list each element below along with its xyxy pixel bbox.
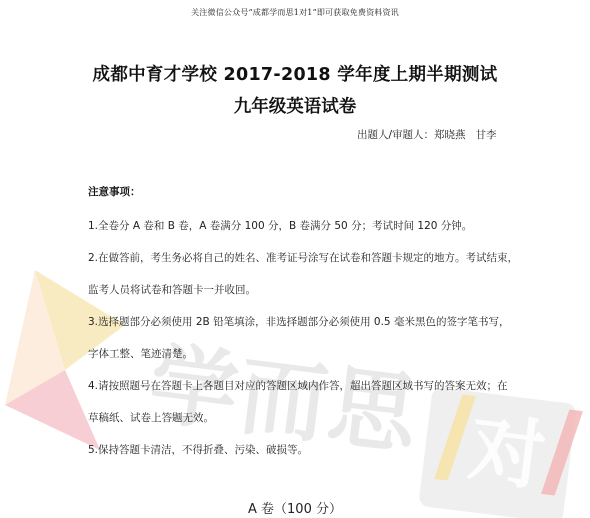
top-banner: 关注微信公众号“成都学而思1对1”即可获取免费资料资讯	[0, 7, 590, 18]
watermark-one-yellow	[434, 394, 476, 480]
authors-line: 出题人/审题人：郑晓燕 甘李	[357, 127, 497, 142]
watermark-logo-icon	[0, 270, 130, 470]
notice-line-4: 4.请按照题号在答题卡上各题目对应的答题区域内作答，超出答题区域书写的答案无效；…	[88, 378, 508, 393]
watermark-dui: 对	[464, 388, 553, 505]
notice-line-3-cont: 字体工整、笔迹清楚。	[88, 346, 193, 361]
notice-line-1: 1.全卷分 A 卷和 B 卷，A 卷满分 100 分，B 卷满分 50 分；考试…	[88, 218, 472, 233]
notice-line-2: 2.在做答前，考生务必将自己的姓名、准考证号涂写在试卷和答题卡规定的地方。考试结…	[88, 250, 518, 265]
notice-line-4-cont: 草稿纸、试卷上答题无效。	[88, 410, 214, 425]
watermark-one-red	[541, 409, 583, 495]
page-subtitle: 九年级英语试卷	[0, 93, 590, 118]
notice-line-2-cont: 监考人员将试卷和答题卡一并收回。	[88, 282, 256, 297]
notice-heading: 注意事项：	[88, 184, 141, 199]
document-page: 学而思 对 关注微信公众号“成都学而思1对1”即可获取免费资料资讯 成都中育才学…	[0, 0, 590, 518]
section-a-heading: A 卷（100 分）	[0, 498, 590, 517]
notice-line-3: 3.选择题部分必须使用 2B 铅笔填涂，非选择题部分必须使用 0.5 毫米黑色的…	[88, 314, 509, 329]
page-title: 成都中育才学校 2017-2018 学年度上期半期测试	[0, 61, 590, 86]
notice-line-5: 5.保持答题卡清洁，不得折叠、污染、破损等。	[88, 442, 308, 457]
